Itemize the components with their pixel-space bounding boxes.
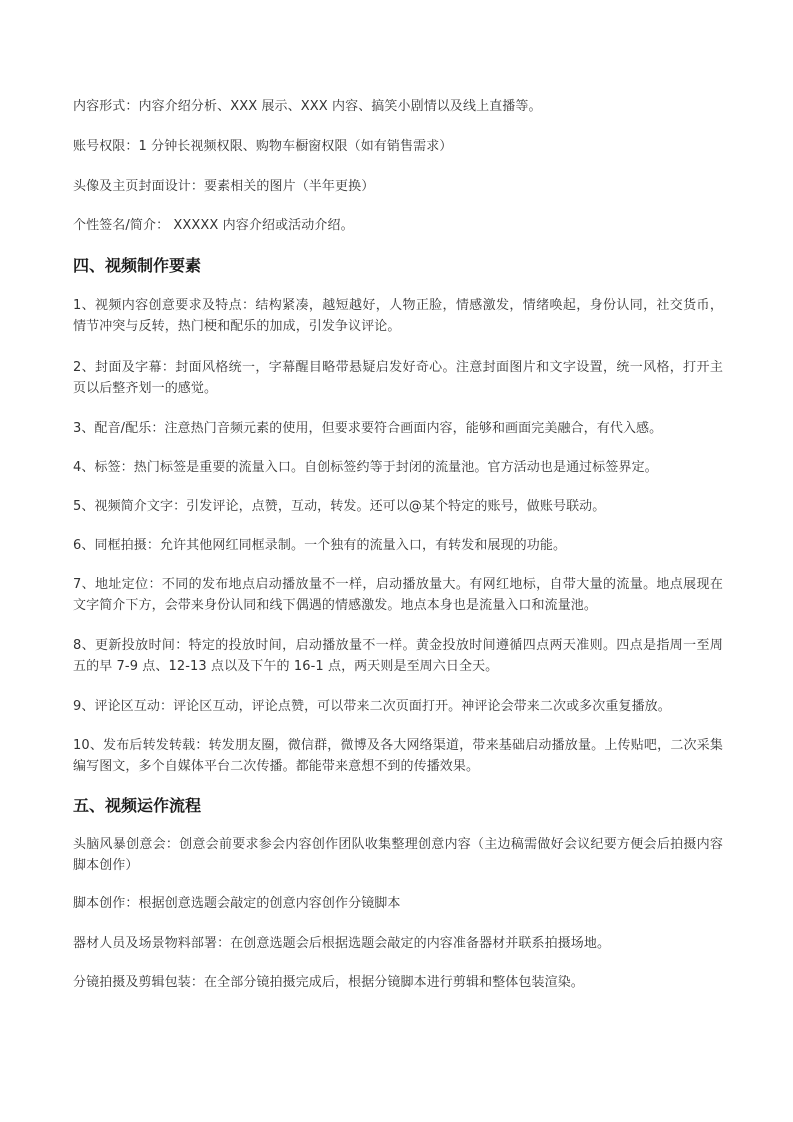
paragraph-account-permissions: 账号权限：1 分钟长视频权限、购物车橱窗权限（如有销售需求） <box>73 136 723 157</box>
list-item: 3、配音/配乐：注意热门音频元素的使用，但要求要符合画面内容，能够和画面完美融合… <box>73 418 723 439</box>
document-page: 内容形式：内容介绍分析、XXX 展示、XXX 内容、搞笑小剧情以及线上直播等。 … <box>0 0 793 1122</box>
list-item: 6、同框拍摄：允许其他网红同框录制。一个独有的流量入口，有转发和展现的功能。 <box>73 535 723 556</box>
list-item: 10、发布后转发转载：转发朋友圈，微信群，微博及各大网络渠道，带来基础启动播放量… <box>73 735 723 777</box>
paragraph-avatar-cover: 头像及主页封面设计：要素相关的图片（半年更换） <box>73 176 723 197</box>
list-item: 7、地址定位：不同的发布地点启动播放量不一样，启动播放量大。有网红地标，自带大量… <box>73 574 723 616</box>
list-item: 1、视频内容创意要求及特点：结构紧凑，越短越好，人物正脸，情感激发，情绪唤起，身… <box>73 295 723 337</box>
list-item: 分镜拍摄及剪辑包装：在全部分镜拍摄完成后，根据分镜脚本进行剪辑和整体包装渲染。 <box>73 972 723 993</box>
list-item: 4、标签：热门标签是重要的流量入口。自创标签约等于封闭的流量池。官方活动也是通过… <box>73 457 723 478</box>
list-item: 8、更新投放时间：特定的投放时间，启动播放量不一样。黄金投放时间遵循四点两天准则… <box>73 635 723 677</box>
list-item: 5、视频简介文字：引发评论，点赞，互动，转发。还可以@某个特定的账号，做账号联动… <box>73 496 723 517</box>
list-item: 头脑风暴创意会：创意会前要求参会内容创作团队收集整理创意内容（主边稿需做好会议纪… <box>73 834 723 876</box>
list-item: 2、封面及字幕：封面风格统一，字幕醒目略带悬疑启发好奇心。注意封面图片和文字设置… <box>73 357 723 399</box>
paragraph-content-format: 内容形式：内容介绍分析、XXX 展示、XXX 内容、搞笑小剧情以及线上直播等。 <box>73 96 723 117</box>
section-heading-4: 四、视频制作要素 <box>73 255 201 277</box>
list-item: 脚本创作：根据创意选题会敲定的创意内容创作分镜脚本 <box>73 893 723 914</box>
section-heading-5: 五、视频运作流程 <box>73 795 201 817</box>
list-item: 9、评论区互动：评论区互动，评论点赞，可以带来二次页面打开。神评论会带来二次或多… <box>73 696 723 717</box>
paragraph-signature: 个性签名/简介： XXXXX 内容介绍或活动介绍。 <box>73 215 723 236</box>
list-item: 器材人员及场景物料部署：在创意选题会后根据选题会敲定的内容准备器材并联系拍摄场地… <box>73 933 723 954</box>
